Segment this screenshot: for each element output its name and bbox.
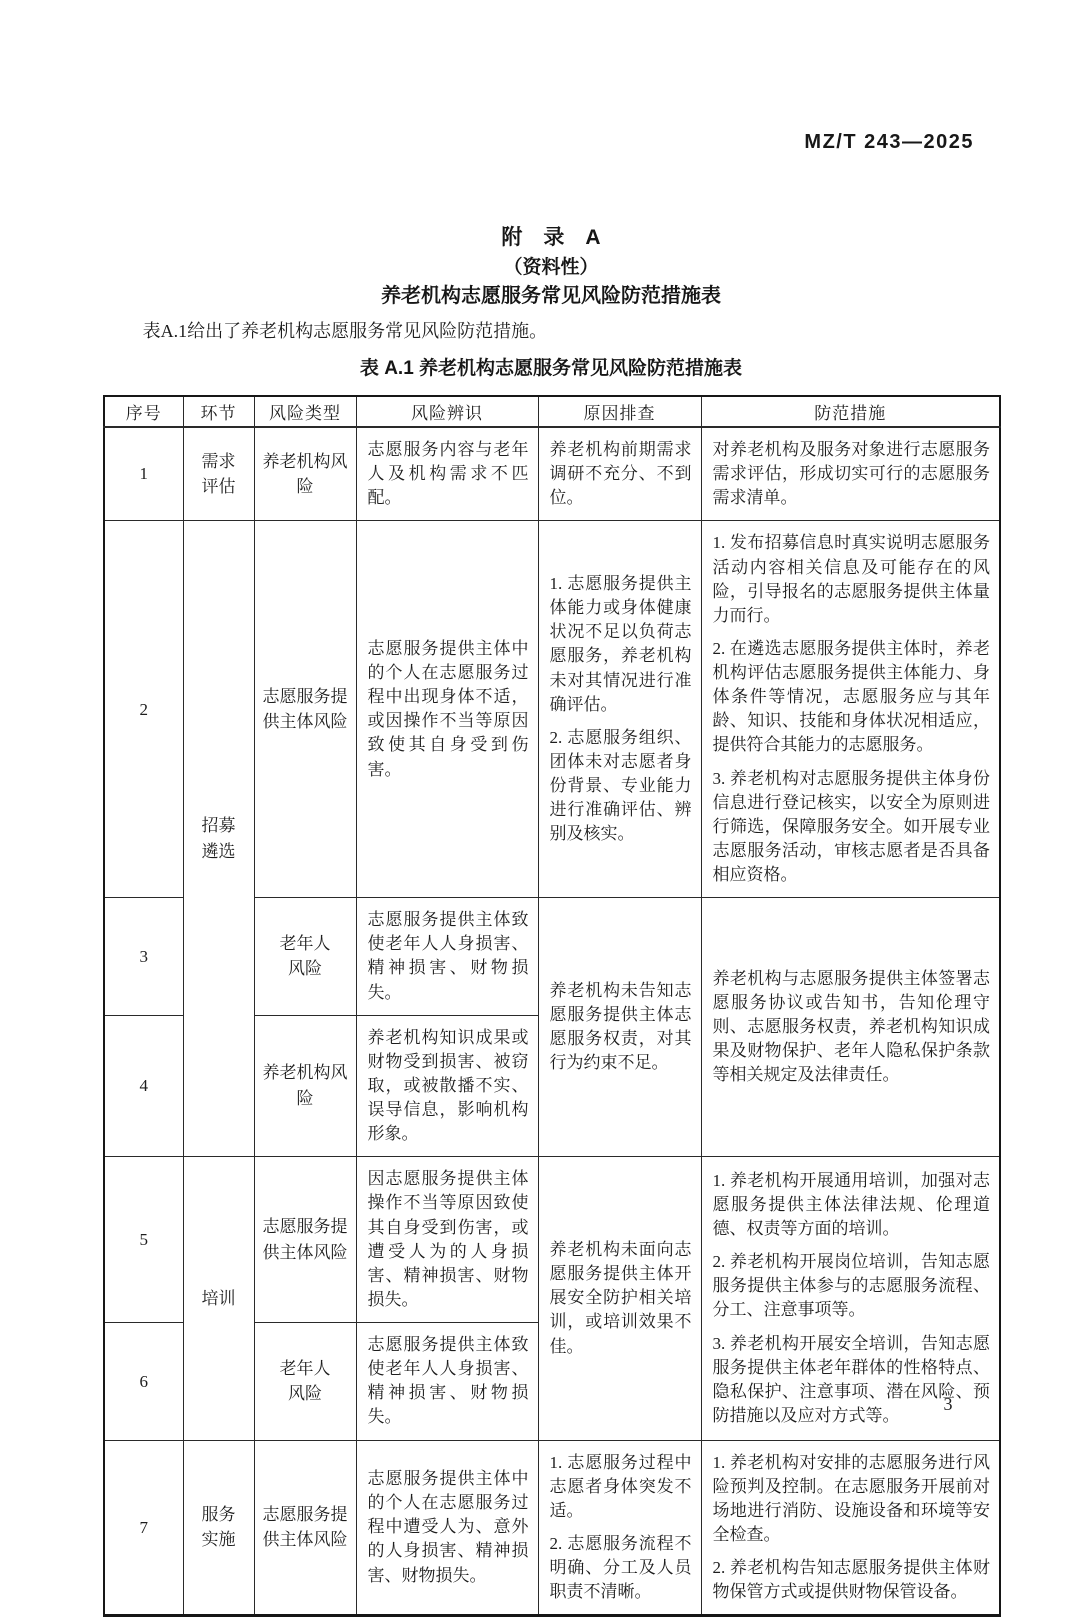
cell-risk-identification: 志愿服务内容与老年人及机构需求不匹配。 [356, 427, 538, 521]
cell-risk-type: 养老机构风险 [254, 427, 356, 521]
measure-item: 2. 养老机构开展岗位培训，告知志愿服务提供主体参与的志愿服务流程、分工、注意事… [713, 1250, 991, 1322]
cell-risk-type: 志愿服务提供主体风险 [254, 1440, 356, 1616]
cause-item: 1. 志愿服务过程中志愿者身体突发不适。 [550, 1451, 692, 1523]
identification-item: 志愿服务提供主体致使老年人人身损害、精神损害、财物损失。 [368, 1333, 529, 1430]
measure-item: 1. 发布招募信息时真实说明志愿服务活动内容相关信息及可能存在的风险，引导报名的… [713, 531, 991, 628]
cell-stage: 培训 [183, 1157, 254, 1440]
cell-cause-check: 养老机构未告知志愿服务提供主体志愿服务权责，对其行为约束不足。 [538, 898, 701, 1157]
table-row: 5 培训 志愿服务提供主体风险 因志愿服务提供主体操作不当等原因致使其自身受到伤… [104, 1157, 1000, 1323]
cell-measures: 养老机构与志愿服务提供主体签署志愿服务协议或告知书，告知伦理守则、志愿服务权责，… [701, 898, 1000, 1157]
cell-risk-type: 老年人 风险 [254, 898, 356, 1016]
col-header-stage: 环节 [183, 396, 254, 427]
cell-measures: 1. 发布招募信息时真实说明志愿服务活动内容相关信息及可能存在的风险，引导报名的… [701, 521, 1000, 898]
identification-item: 志愿服务内容与老年人及机构需求不匹配。 [368, 438, 529, 510]
col-header-measures: 防范措施 [701, 396, 1000, 427]
cell-risk-identification: 因志愿服务提供主体操作不当等原因致使其自身受到伤害，或遭受人为的人身损害、精神损… [356, 1157, 538, 1323]
table-row: 7 服务 实施 志愿服务提供主体风险 志愿服务提供主体中的个人在志愿服务过程中遭… [104, 1440, 1000, 1616]
cell-risk-identification: 志愿服务提供主体中的个人在志愿服务过程中出现身体不适，或因操作不当等原因致使其自… [356, 521, 538, 898]
cause-item: 养老机构前期需求调研不充分、不到位。 [550, 438, 692, 510]
measure-item: 1. 养老机构对安排的志愿服务进行风险预判及控制。在志愿服务开展前对场地进行消防… [713, 1451, 991, 1548]
col-header-cause-check: 原因排查 [538, 396, 701, 427]
intro-paragraph: 表A.1给出了养老机构志愿服务常见风险防范措施。 [103, 320, 999, 343]
table-caption: 表 A.1 养老机构志愿服务常见风险防范措施表 [103, 358, 999, 380]
measure-item: 2. 养老机构告知志愿服务提供主体财物保管方式或提供财物保管设备。 [713, 1556, 991, 1604]
cell-serial: 7 [104, 1440, 183, 1616]
table-row: 1 需求 评估 养老机构风险 志愿服务内容与老年人及机构需求不匹配。 养老机构前… [104, 427, 1000, 521]
cell-risk-type: 养老机构风险 [254, 1015, 356, 1157]
cause-item: 养老机构未面向志愿服务提供主体开展安全防护相关培训，或培训效果不佳。 [550, 1238, 692, 1359]
table-header-row: 序号 环节 风险类型 风险辨识 原因排查 防范措施 [104, 396, 1000, 427]
measure-item: 养老机构与志愿服务提供主体签署志愿服务协议或告知书，告知伦理守则、志愿服务权责，… [713, 967, 991, 1088]
measure-item: 2. 在遴选志愿服务提供主体时，养老机构评估志愿服务提供主体能力、身体条件等情况… [713, 637, 991, 758]
cause-item: 2. 志愿服务流程不明确、分工及人员职责不清晰。 [550, 1532, 692, 1604]
cell-serial: 1 [104, 427, 183, 521]
col-header-serial: 序号 [104, 396, 183, 427]
identification-item: 志愿服务提供主体中的个人在志愿服务过程中出现身体不适，或因操作不当等原因致使其自… [368, 637, 529, 782]
appendix-heading: 养老机构志愿服务常见风险防范措施表 [103, 284, 999, 308]
identification-item: 因志愿服务提供主体操作不当等原因致使其自身受到伤害，或遭受人为的人身损害、精神损… [368, 1167, 529, 1312]
measure-item: 3. 养老机构对志愿服务提供主体身份信息进行登记核实，以安全为原则进行筛选，保障… [713, 767, 991, 888]
appendix-title: 附 录 A [103, 226, 999, 250]
cell-measures: 对养老机构及服务对象进行志愿服务需求评估，形成切实可行的志愿服务需求清单。 [701, 427, 1000, 521]
page-number: 3 [936, 1394, 960, 1415]
page-content: 附 录 A （资料性） 养老机构志愿服务常见风险防范措施表 表A.1给出了养老机… [103, 0, 999, 1617]
cell-serial: 5 [104, 1157, 183, 1323]
identification-item: 志愿服务提供主体致使老年人人身损害、精神损害、财物损失。 [368, 908, 529, 1005]
cell-cause-check: 1. 志愿服务提供主体能力或身体健康状况不足以负荷志愿服务，养老机构未对其情况进… [538, 521, 701, 898]
cell-risk-type: 志愿服务提供主体风险 [254, 521, 356, 898]
cell-serial: 4 [104, 1015, 183, 1157]
cell-measures: 1. 养老机构对安排的志愿服务进行风险预判及控制。在志愿服务开展前对场地进行消防… [701, 1440, 1000, 1616]
cell-cause-check: 1. 志愿服务过程中志愿者身体突发不适。 2. 志愿服务流程不明确、分工及人员职… [538, 1440, 701, 1616]
document-page: { "page": { "doc_code": "MZ/T 243—2025",… [0, 0, 1074, 1520]
cell-risk-identification: 志愿服务提供主体致使老年人人身损害、精神损害、财物损失。 [356, 1323, 538, 1441]
cell-risk-identification: 志愿服务提供主体致使老年人人身损害、精神损害、财物损失。 [356, 898, 538, 1016]
cell-risk-type: 老年人 风险 [254, 1323, 356, 1441]
cell-stage: 需求 评估 [183, 427, 254, 521]
col-header-risk-type: 风险类型 [254, 396, 356, 427]
measure-item: 对养老机构及服务对象进行志愿服务需求评估，形成切实可行的志愿服务需求清单。 [713, 438, 991, 510]
cell-stage: 服务 实施 [183, 1440, 254, 1616]
col-header-risk-identification: 风险辨识 [356, 396, 538, 427]
cell-risk-identification: 志愿服务提供主体中的个人在志愿服务过程中遭受人为、意外的人身损害、精神损害、财物… [356, 1440, 538, 1616]
cell-risk-identification: 养老机构知识成果或财物受到损害、被窃取，或被散播不实、误导信息，影响机构形象。 [356, 1015, 538, 1157]
cell-serial: 6 [104, 1323, 183, 1441]
identification-item: 养老机构知识成果或财物受到损害、被窃取，或被散播不实、误导信息，影响机构形象。 [368, 1026, 529, 1147]
cell-cause-check: 养老机构前期需求调研不充分、不到位。 [538, 427, 701, 521]
cause-item: 2. 志愿服务组织、团体未对志愿者身份背景、专业能力进行准确评估、辨别及核实。 [550, 726, 692, 847]
cause-item: 1. 志愿服务提供主体能力或身体健康状况不足以负荷志愿服务，养老机构未对其情况进… [550, 572, 692, 717]
cell-serial: 2 [104, 521, 183, 898]
table-row: 2 招募 遴选 志愿服务提供主体风险 志愿服务提供主体中的个人在志愿服务过程中出… [104, 521, 1000, 898]
cause-item: 养老机构未告知志愿服务提供主体志愿服务权责，对其行为约束不足。 [550, 979, 692, 1076]
appendix-subtitle: （资料性） [103, 256, 999, 279]
measure-item: 1. 养老机构开展通用培训，加强对志愿服务提供主体法律法规、伦理道德、权责等方面… [713, 1169, 991, 1241]
cell-risk-type: 志愿服务提供主体风险 [254, 1157, 356, 1323]
cell-serial: 3 [104, 898, 183, 1016]
risk-measures-table: 序号 环节 风险类型 风险辨识 原因排查 防范措施 1 需求 评估 养老机构风险… [103, 395, 1001, 1617]
cell-cause-check: 养老机构未面向志愿服务提供主体开展安全防护相关培训，或培训效果不佳。 [538, 1157, 701, 1440]
identification-item: 志愿服务提供主体中的个人在志愿服务过程中遭受人为、意外的人身损害、精神损害、财物… [368, 1467, 529, 1588]
cell-stage: 招募 遴选 [183, 521, 254, 1157]
